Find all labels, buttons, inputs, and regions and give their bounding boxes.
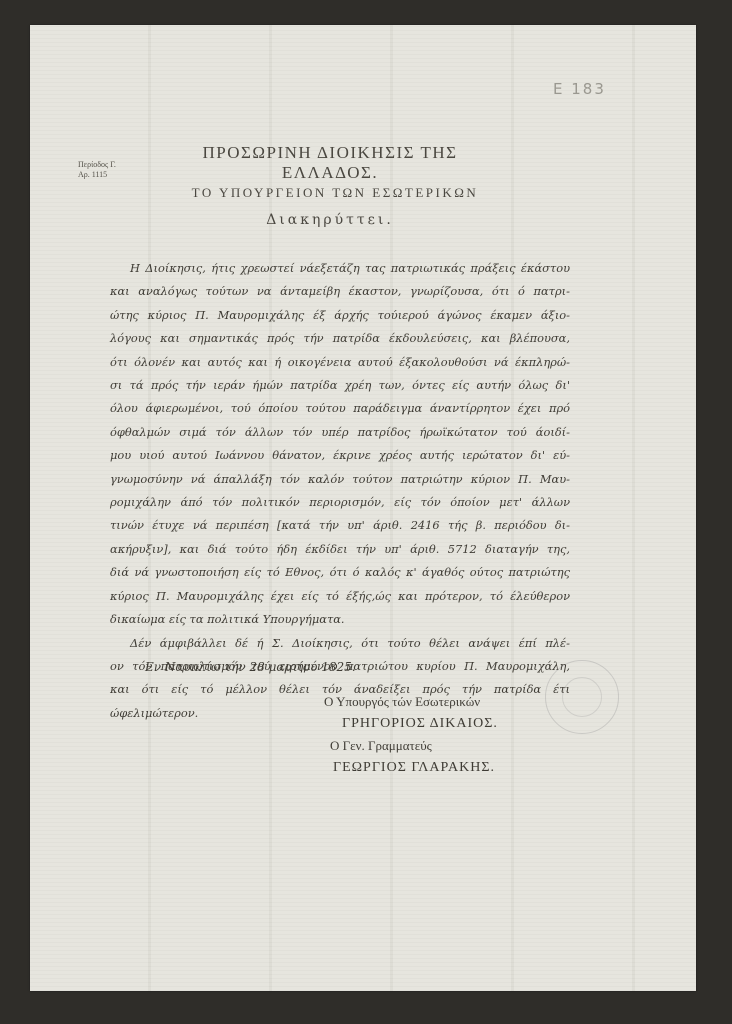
body-line: διά νά γνωστοποιήση είς τό Εθνος, ότι ό …: [110, 561, 570, 584]
body-line: ότι όλονέν και αυτός και ή οικογένεια αυ…: [110, 351, 570, 374]
body-line: τινών έτυχε νά περιπέση [κατά τήν υπ' άρ…: [110, 514, 570, 537]
signatory-role-minister: Ο Υπουργός τών Εσωτερικών: [324, 694, 480, 710]
reference-id: Αρ. 1115: [78, 170, 116, 180]
signatory-name-minister: ΓΡΗΓΟΡΙΟΣ ΔΙΚΑΙΟΣ.: [342, 716, 498, 732]
archive-mark: Ε 183: [553, 80, 606, 98]
body-line: Δέν άμφιβάλλει δέ ή Σ. Διοίκησις, ότι το…: [110, 632, 570, 655]
reference-number: Περίοδος Γ. Αρ. 1115: [78, 160, 116, 180]
body-line: μου υιού αυτού Ιωάννου θάνατον, έκρινε χ…: [110, 444, 570, 467]
reference-period: Περίοδος Γ.: [78, 160, 116, 170]
body-line: και αναλόγως τούτων να άνταμείβη έκαστον…: [110, 280, 570, 303]
signatory-role-secretary: Ο Γεν. Γραμματεύς: [330, 738, 432, 754]
body-line: δικαίωμα είς τα πολιτικά Υπουργήματα.: [110, 608, 570, 631]
decree-heading: Διακηρύττει.: [240, 212, 420, 228]
body-line: γνωμοσύνην νά άπαλλάξη τόν καλόν τούτον …: [110, 468, 570, 491]
body-line: ώτης κύριος Π. Μαυρομιχάλης έξ άρχής τού…: [110, 304, 570, 327]
seal-stamp-icon: [545, 660, 619, 734]
body-line: λόγους και σημαντικάς πρός τήν πατρίδα έ…: [110, 327, 570, 350]
body-line: σι τά πρός τήν ιεράν ήμών πατρίδα χρέη τ…: [110, 374, 570, 397]
document-subtitle: ΤΟ ΥΠΟΥΡΓΕΙΟΝ ΤΩΝ ΕΣΩΤΕΡΙΚΩΝ: [190, 185, 480, 201]
body-line: κύριος Π. Μαυρομιχάλης έχει είς τό έξής,…: [110, 585, 570, 608]
body-line: ρομιχάλην άπό τόν πολιτικόν περιορισμόν,…: [110, 491, 570, 514]
signatory-name-secretary: ΓΕΩΡΓΙΟΣ ΓΛΑΡΑΚΗΣ.: [333, 760, 495, 776]
body-line: όλου άφιερωμένοι, τού όποίου τούτου παρά…: [110, 397, 570, 420]
body-line: Η Διοίκησις, ήτις χρεωστεί νάεξετάζη τας…: [110, 257, 570, 280]
document-body: Η Διοίκησις, ήτις χρεωστεί νάεξετάζη τας…: [110, 257, 570, 725]
body-line: ακήρυξιν], και διά τούτο ήδη έκδίδει τήν…: [110, 538, 570, 561]
body-line: όφθαλμών σιμά τόν άλλων τόν υπέρ πατρίδο…: [110, 421, 570, 444]
document-title: ΠΡΟΣΩΡΙΝΗ ΔΙΟΙΚΗΣΙΣ ΤΗΣ ΕΛΛΑΔΟΣ.: [160, 143, 500, 183]
date-line: Εν Ναυπλίω τήν 28 μαρτίου 1825.: [145, 660, 356, 674]
